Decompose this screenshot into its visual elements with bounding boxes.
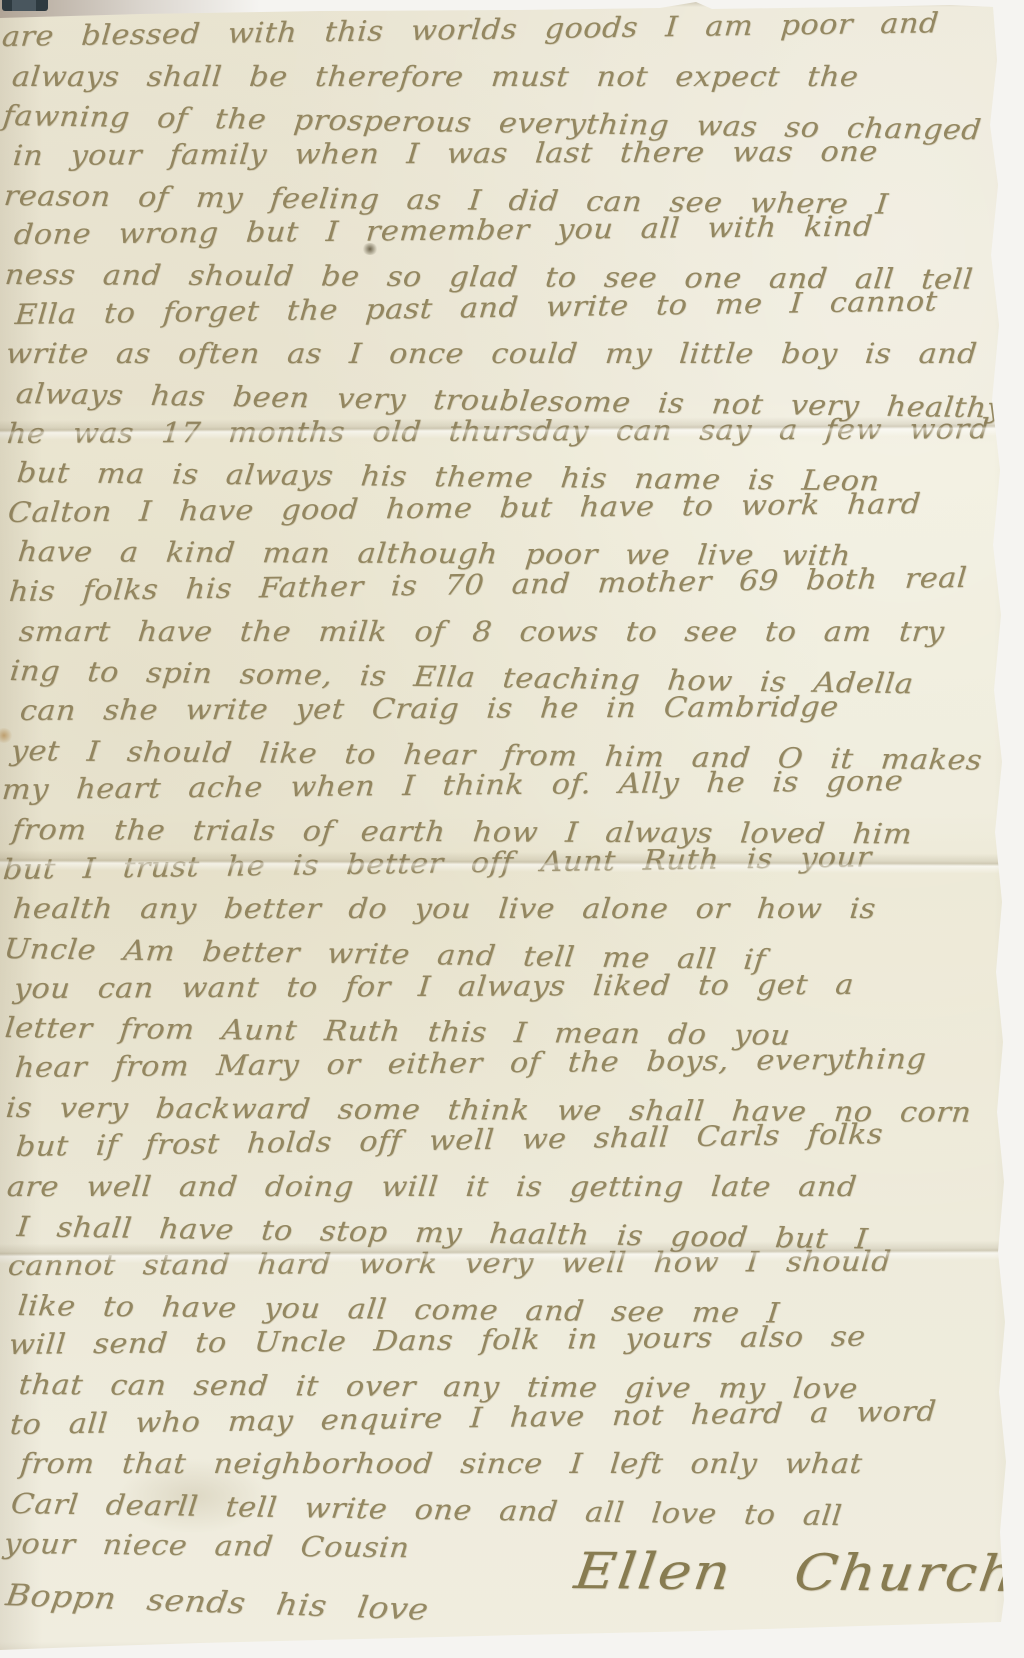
letter-body: are blessed with this worlds goods I am …: [0, 0, 1024, 1658]
letter-paper: are blessed with this worlds goods I am …: [0, 0, 1024, 1658]
letter-line: cannot stand hard work very well how I s…: [7, 1245, 893, 1283]
paper-clip: [2, 0, 48, 11]
letter-line: can she write yet Craig is he in Cambrid…: [19, 690, 840, 728]
scan-area: are blessed with this worlds goods I am …: [0, 0, 1024, 1658]
letter-line: smart have the milk of 8 cows to see to …: [18, 615, 946, 649]
scanned-letter-page: { "document": { "kind": "handwritten let…: [0, 0, 1024, 1658]
letter-line: always shall be therefore must not expec…: [11, 60, 860, 94]
signature: Ellen Church: [571, 1542, 1021, 1603]
letter-line: from that neighborhood since I left only…: [19, 1447, 864, 1481]
closing-line: your niece and Cousin: [2, 1527, 411, 1564]
letter-line: in your family when I was last there was…: [12, 135, 880, 173]
letter-line: hear from Mary or either of the boys, ev…: [14, 1042, 928, 1085]
letter-line: write as often as I once could my little…: [5, 337, 979, 371]
letter-line: you can want to for I always liked to ge…: [13, 967, 856, 1005]
letter-line: Calton I have good home but have to work…: [7, 487, 922, 530]
letter-line: will send to Uncle Dans folk in yours al…: [8, 1320, 867, 1362]
letter-line: Carl dearll tell write one and all love …: [9, 1487, 843, 1533]
letter-line: health any better do you live alone or h…: [12, 892, 878, 926]
letter-line: my heart ache when I think of. Ally he i…: [1, 765, 905, 808]
letter-line: are well and doing will it is getting la…: [6, 1170, 859, 1204]
letter-line: he was 17 months old thursday can say a …: [6, 412, 991, 451]
letter-line: done wrong but I remember you all with k…: [13, 210, 875, 252]
